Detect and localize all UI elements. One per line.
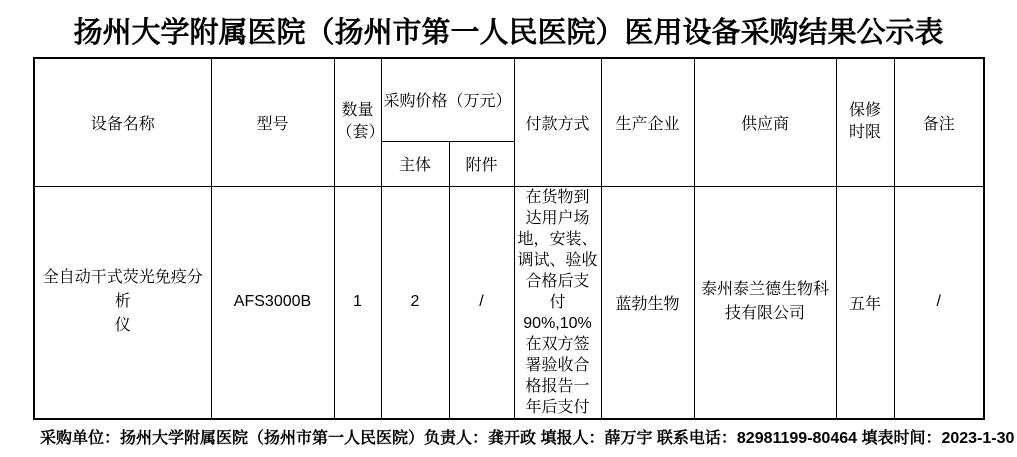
footer-note: 采购单位：扬州大学附属医院（扬州市第一人民医院）负责人：龚开政 填报人：薛万宇 … <box>40 425 1017 448</box>
cell-warranty: 五年 <box>836 186 894 419</box>
cell-supplier: 泰州泰兰德生物科 技有限公司 <box>694 186 836 419</box>
cell-price-main: 2 <box>381 186 449 419</box>
header-price-group: 采购价格（万元） <box>381 58 514 142</box>
cell-model: AFS3000B <box>211 186 334 419</box>
procurement-result-table: 设备名称 型号 数量 （套） 采购价格（万元） 付款方式 生产企业 供应商 保修… <box>33 57 985 420</box>
header-price-main: 主体 <box>381 141 449 186</box>
header-remarks: 备注 <box>894 58 984 187</box>
header-model: 型号 <box>211 58 334 187</box>
header-manufacturer: 生产企业 <box>601 58 694 187</box>
cell-price-accessory: / <box>449 186 514 419</box>
header-warranty: 保修 时限 <box>836 58 894 187</box>
header-device-name: 设备名称 <box>34 58 211 187</box>
header-payment-method: 付款方式 <box>514 58 601 187</box>
cell-payment-method: 在货物到 达用户场 地，安装、 调试、验收 合格后支 付 90%,10% 在双方… <box>514 186 601 419</box>
table-header-row-1: 设备名称 型号 数量 （套） 采购价格（万元） 付款方式 生产企业 供应商 保修… <box>34 58 984 142</box>
cell-manufacturer: 蓝勃生物 <box>601 186 694 419</box>
cell-device-name: 全自动干式荧光免疫分析 仪 <box>34 186 211 419</box>
header-supplier: 供应商 <box>694 58 836 187</box>
cell-remarks: / <box>894 186 984 419</box>
header-quantity: 数量 （套） <box>334 58 381 187</box>
page-title: 扬州大学附属医院（扬州市第一人民医院）医用设备采购结果公示表 <box>0 16 1017 51</box>
cell-quantity: 1 <box>334 186 381 419</box>
header-price-accessory: 附件 <box>449 141 514 186</box>
table-row: 全自动干式荧光免疫分析 仪 AFS3000B 1 2 / 在货物到 达用户场 地… <box>34 186 984 419</box>
